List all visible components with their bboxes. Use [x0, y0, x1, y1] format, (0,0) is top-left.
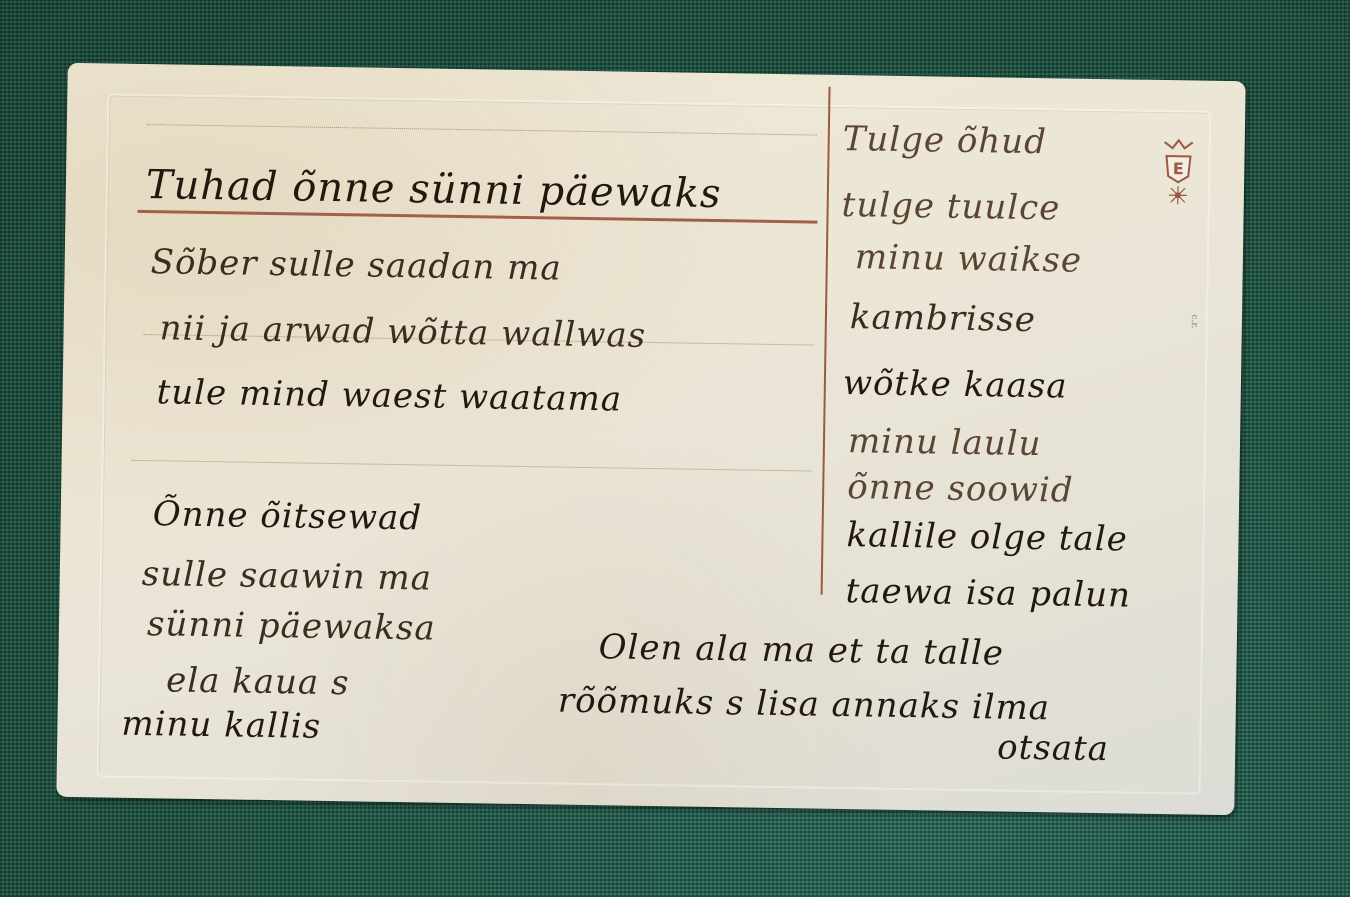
stanza2-line1: Õnne õitsewad [152, 494, 422, 538]
svg-text:E: E [1173, 159, 1184, 178]
stanza2-line5: minu kallis [121, 704, 321, 747]
stanza1-line3: tule mind waest waatama [156, 372, 622, 419]
heading: Tuhad õnne sünni päewaks [146, 162, 722, 217]
stanza1-line1: Sõber sulle saadan ma [150, 242, 562, 288]
stanza2-line2: sulle saawin ma [142, 554, 433, 599]
right-line9: taewa isa palun [845, 571, 1131, 615]
stanza1-line2: nii ja arwad wõtta wallwas [159, 308, 646, 356]
stanza2-line4: ela kaua s [166, 660, 350, 703]
bottom-line2: rõõmuks s lisa annaks ilma [558, 681, 1051, 729]
right-line7: õnne soowid [847, 467, 1074, 511]
right-line6: minu laulu [848, 421, 1042, 464]
right-line8: kallile olge tale [846, 515, 1128, 559]
right-line5: wõtke kaasa [843, 363, 1068, 407]
shield-emblem-icon: E [1158, 136, 1199, 207]
stanza2-line3: sünni päewaksa [147, 604, 436, 649]
right-line2: tulge tuulce [841, 185, 1060, 228]
right-line4: kambrisse [850, 297, 1037, 340]
postcard: Tuhad õnne sünni päewaks Sõber sulle saa… [56, 63, 1245, 815]
right-line3: minu waikse [855, 237, 1083, 281]
right-line1: Tulge õhud [842, 119, 1047, 162]
tiny-print: c.r. [1189, 314, 1199, 328]
bottom-line1: Olen ala ma et ta talle [598, 627, 1004, 673]
bottom-line3: otsata [997, 727, 1109, 769]
